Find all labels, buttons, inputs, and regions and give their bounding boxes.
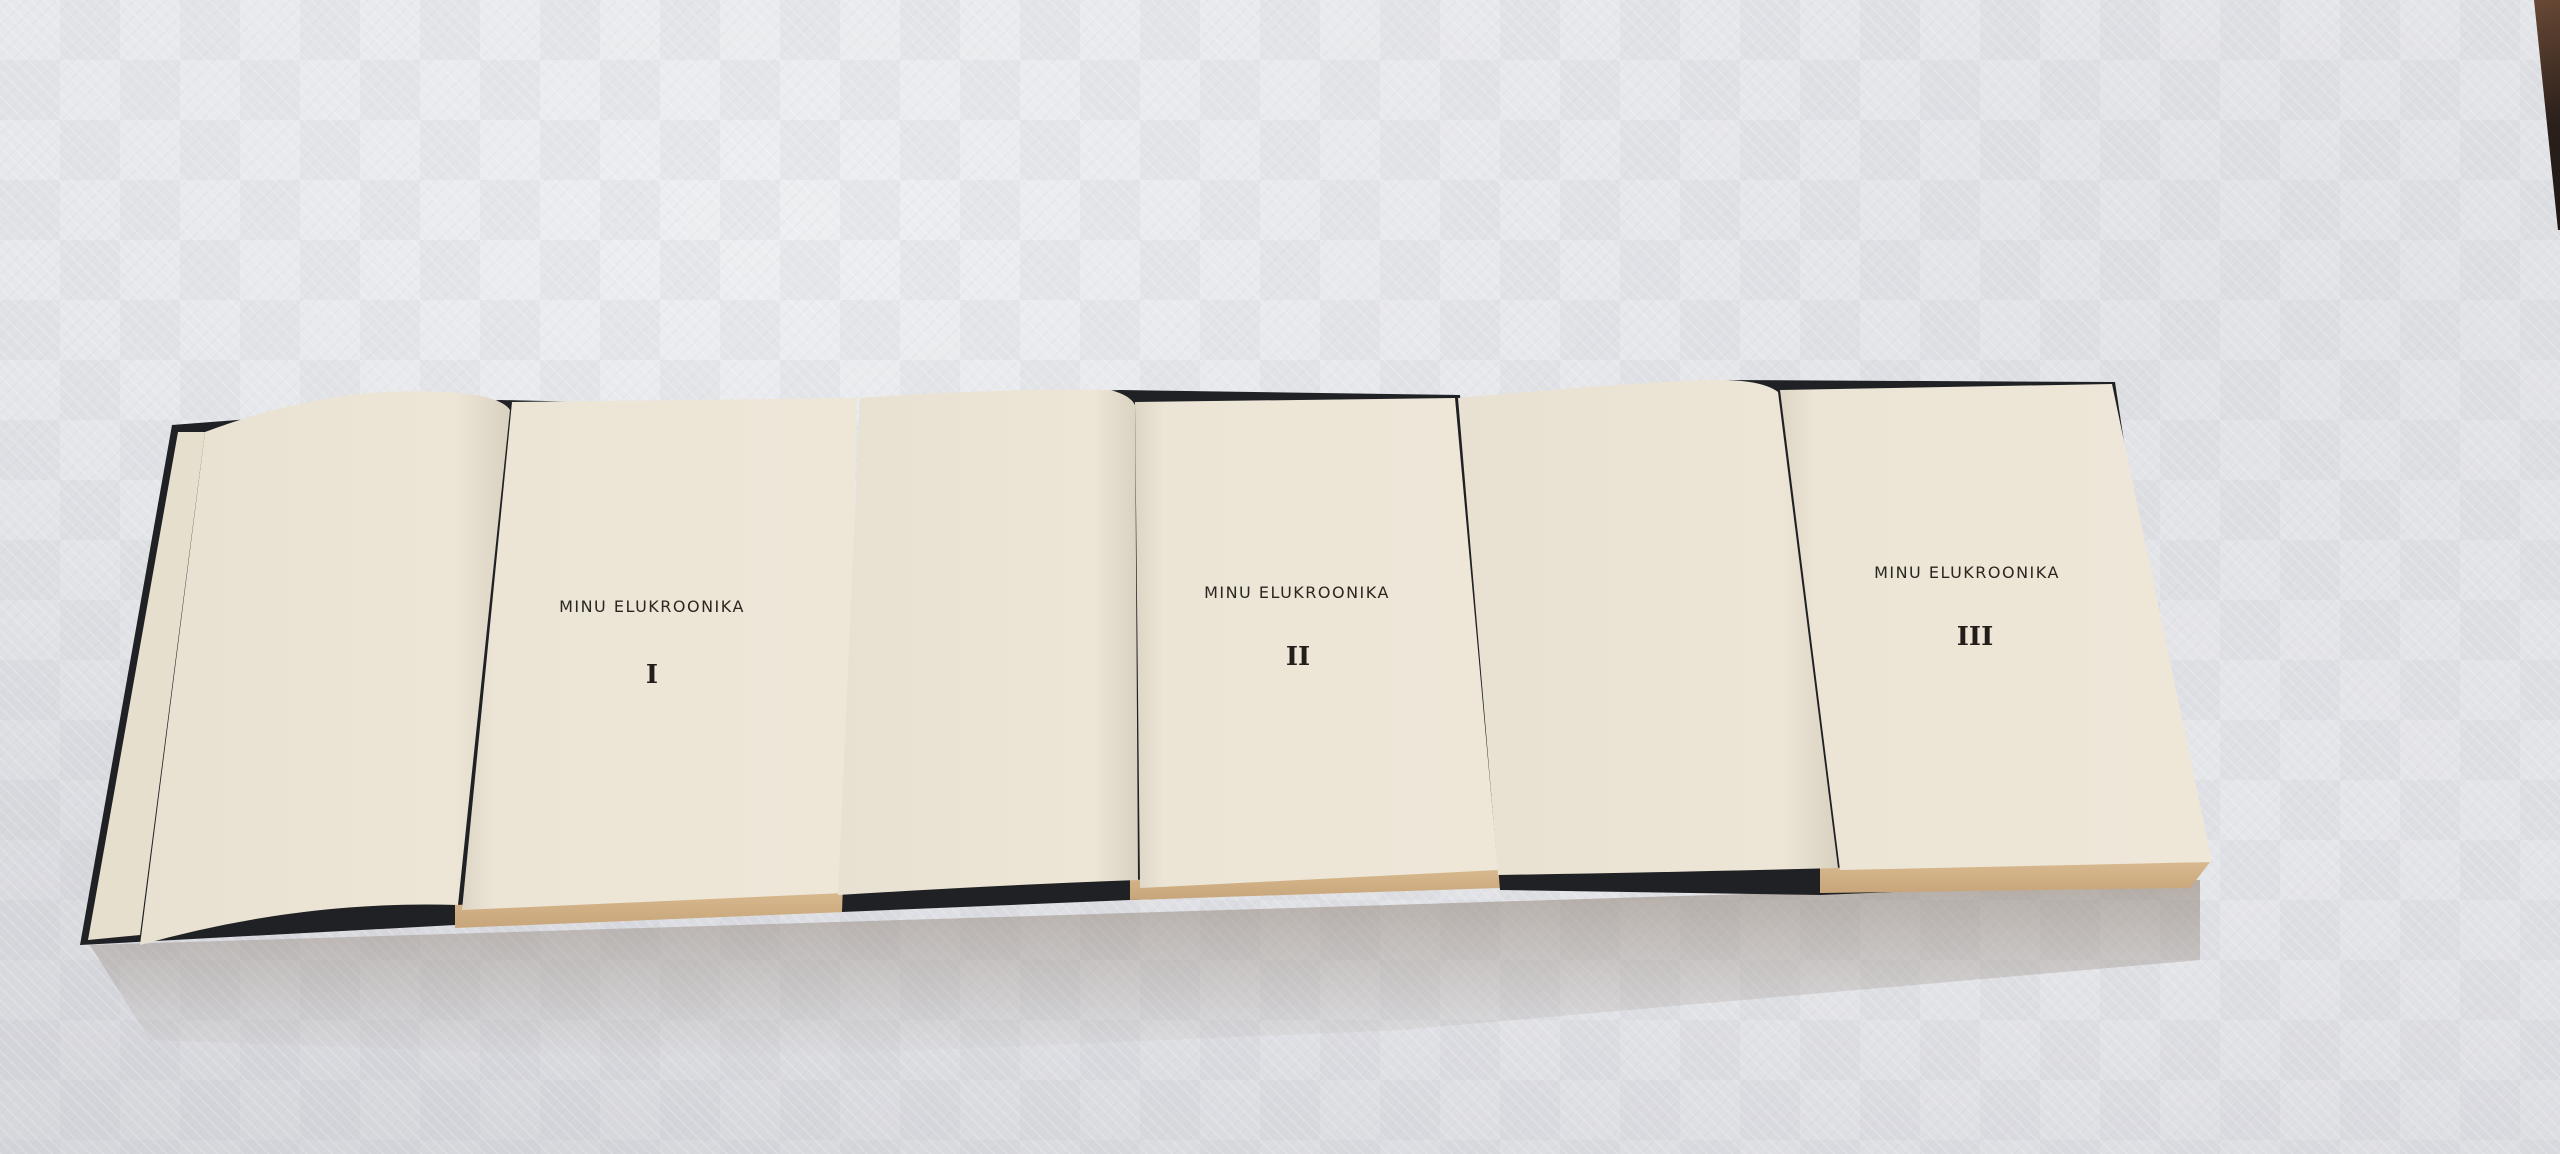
book-2-title-page: [1135, 398, 1498, 888]
book-3-left-page: [1458, 380, 1838, 875]
book-3-title: MINU ELUKROONIKA: [1874, 563, 2060, 582]
book-2-left-page: [838, 390, 1138, 895]
book-3-volume-numeral: III: [1957, 622, 1994, 652]
book-volume-3: MINU ELUKROONIKA III: [1458, 380, 2212, 895]
book-1-volume-numeral: I: [646, 660, 658, 690]
book-1-title: MINU ELUKROONIKA: [559, 597, 745, 616]
book-1-title-page: [462, 398, 857, 910]
book-volume-1: MINU ELUKROONIKA I: [80, 391, 857, 945]
book-2-title: MINU ELUKROONIKA: [1204, 583, 1390, 602]
photo-scene: MINU ELUKROONIKA I MINU ELUKROONIKA II M…: [0, 0, 2560, 1154]
books-illustration: MINU ELUKROONIKA I MINU ELUKROONIKA II M…: [0, 0, 2560, 1154]
book-3-title-page: [1780, 384, 2212, 870]
book-volume-2: MINU ELUKROONIKA II: [838, 390, 1500, 912]
book-2-volume-numeral: II: [1286, 642, 1310, 672]
